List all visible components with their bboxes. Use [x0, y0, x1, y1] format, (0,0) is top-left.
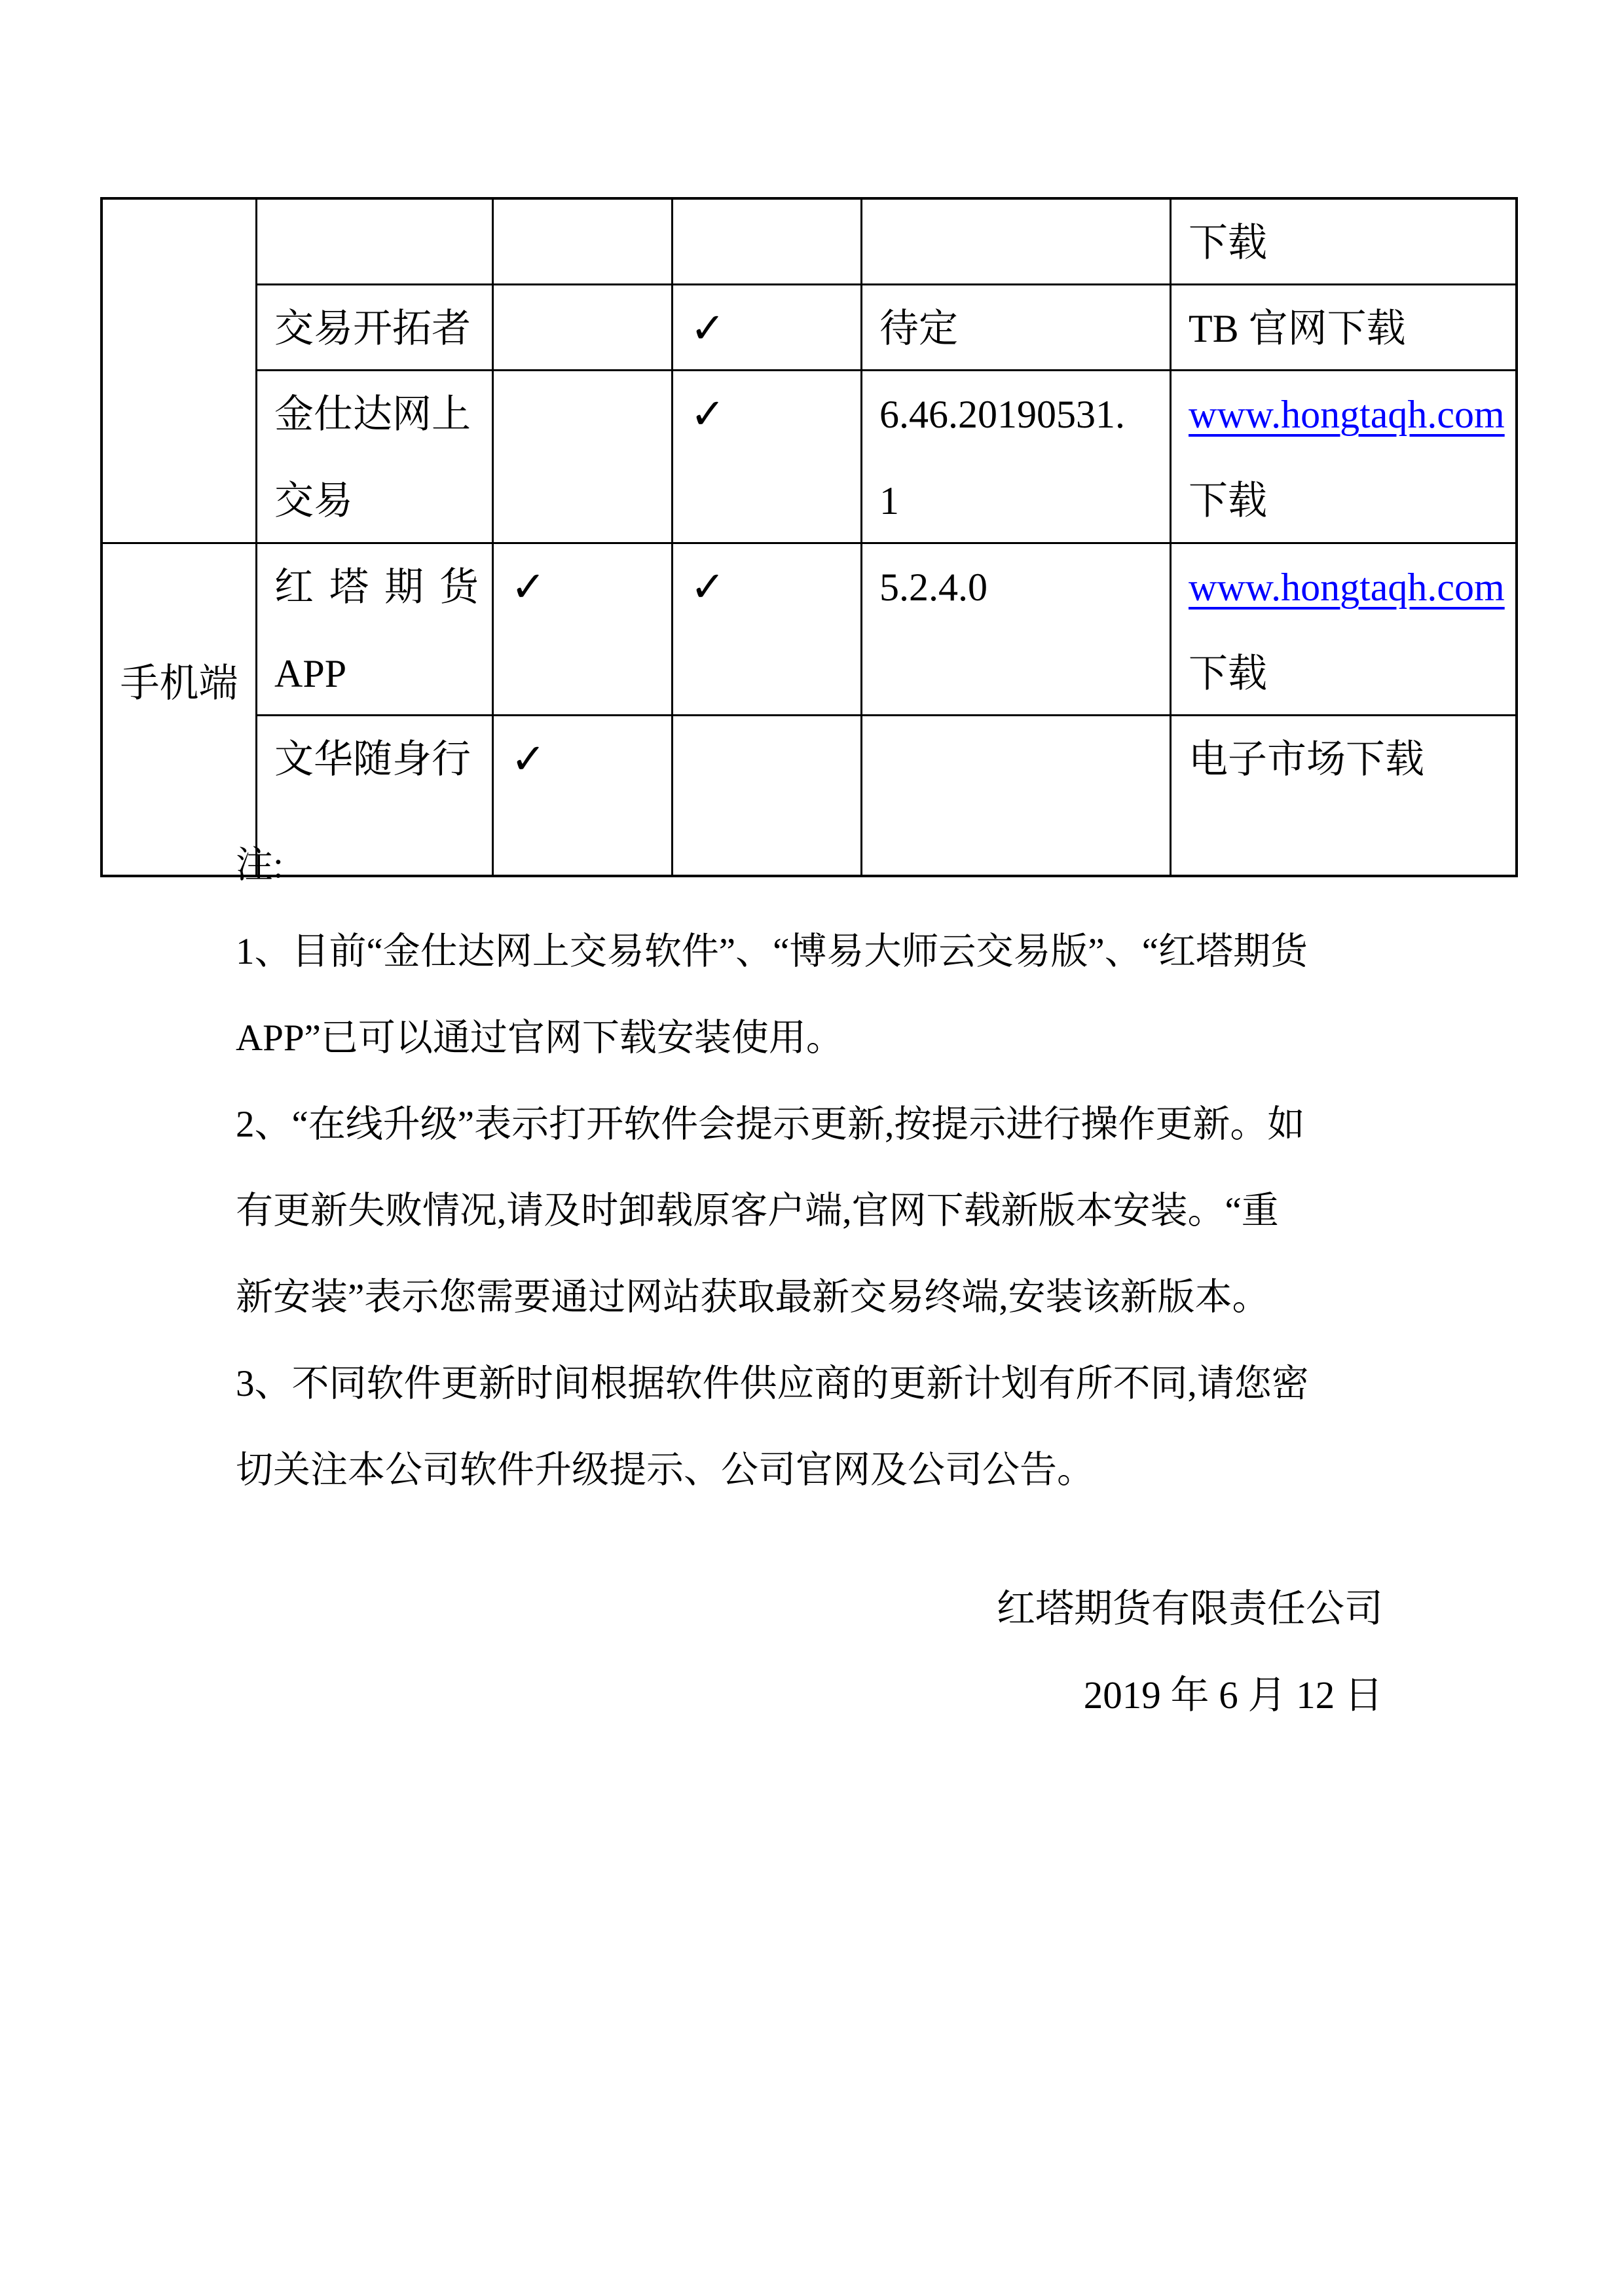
download-text-r1: 下载: [1189, 200, 1511, 285]
cell-online-update-r3: [494, 371, 673, 544]
software-download-table: 下载 交易开拓者 ✓ 待定 TB 官网下载 金仕达网上 交易 ✓ 6.46.20…: [100, 197, 1518, 877]
note-item1-line2: APP”已可以通过官网下载安装使用。: [236, 995, 1408, 1082]
download-text-r3: 下载: [1189, 458, 1511, 544]
hongtaqh-link-r4[interactable]: www.hongtaqh.com: [1189, 544, 1511, 630]
cell-software-r1: [257, 200, 494, 285]
note-item2-line3: 新安装”表示您需要通过网站获取最新交易终端,安装该新版本。: [236, 1254, 1408, 1341]
note-item2-line1: 2、“在线升级”表示打开软件会提示更新,按提示进行操作更新。如: [236, 1082, 1408, 1168]
download-text-r2: TB 官网下载: [1189, 285, 1511, 371]
cell-version-r1: [862, 200, 1172, 285]
software-name-line2-r4: APP: [274, 630, 488, 716]
version-text-r4: 5.2.4.0: [879, 544, 1166, 630]
signature-block: 红塔期货有限责任公司 2019 年 6 月 12 日: [997, 1565, 1383, 1738]
note-item2-line2: 有更新失败情况,请及时卸载原客户端,官网下载新版本安装。“重: [236, 1168, 1408, 1254]
cell-version-r2: 待定: [862, 285, 1172, 371]
version-line2-r3: 1: [879, 458, 1166, 544]
note-item3-line2: 切关注本公司软件升级提示、公司官网及公司公告。: [236, 1427, 1408, 1514]
note-item3-line1: 3、不同软件更新时间根据软件供应商的更新计划有所不同,请您密: [236, 1341, 1408, 1427]
document-page: 下载 交易开拓者 ✓ 待定 TB 官网下载 金仕达网上 交易 ✓ 6.46.20…: [0, 0, 1624, 2296]
cell-software-r2: 交易开拓者: [257, 285, 494, 371]
cell-reinstall-r1: [673, 200, 862, 285]
cell-group-continued: [103, 200, 257, 544]
cell-online-update-r2: [494, 285, 673, 371]
cell-software-r4: 红塔期货 APP: [257, 544, 494, 716]
cell-version-r4: 5.2.4.0: [862, 544, 1172, 716]
software-name-r5: 文华随身行: [274, 716, 488, 803]
notes-section: 注: 1、目前“金仕达网上交易软件”、“博易大师云交易版”、“红塔期货 APP”…: [236, 822, 1408, 1514]
version-line1-r3: 6.46.20190531.: [879, 371, 1166, 458]
cell-download-r4: www.hongtaqh.com 下载: [1172, 544, 1515, 716]
company-signature: 红塔期货有限责任公司: [997, 1565, 1383, 1652]
software-name-line2-r3: 交易: [274, 458, 488, 544]
notes-heading: 注:: [236, 822, 1408, 909]
software-name-line1-r4: 红塔期货: [274, 544, 488, 630]
software-name-line1-r3: 金仕达网上: [274, 371, 488, 458]
checkmark-icon-online-r4: ✓: [494, 544, 673, 716]
cell-group-mobile: 手机端: [103, 544, 257, 875]
group-label-mobile: 手机端: [120, 640, 238, 727]
cell-version-r3: 6.46.20190531. 1: [862, 371, 1172, 544]
cell-software-r3: 金仕达网上 交易: [257, 371, 494, 544]
cell-download-r3: www.hongtaqh.com 下载: [1172, 371, 1515, 544]
cell-online-update-r1: [494, 200, 673, 285]
version-text-r2: 待定: [879, 285, 1166, 371]
download-text-r4: 下载: [1189, 630, 1511, 716]
checkmark-icon-reinstall-r4: ✓: [673, 544, 862, 716]
signature-date: 2019 年 6 月 12 日: [997, 1652, 1383, 1738]
download-text-r5: 电子市场下载: [1189, 716, 1511, 803]
hongtaqh-link-r3[interactable]: www.hongtaqh.com: [1189, 371, 1511, 458]
software-name-r2: 交易开拓者: [274, 285, 488, 371]
cell-download-r1: 下载: [1172, 200, 1515, 285]
checkmark-icon-r3: ✓: [673, 371, 862, 544]
cell-download-r2: TB 官网下载: [1172, 285, 1515, 371]
note-item1-line1: 1、目前“金仕达网上交易软件”、“博易大师云交易版”、“红塔期货: [236, 909, 1408, 995]
checkmark-icon-r2: ✓: [673, 285, 862, 371]
